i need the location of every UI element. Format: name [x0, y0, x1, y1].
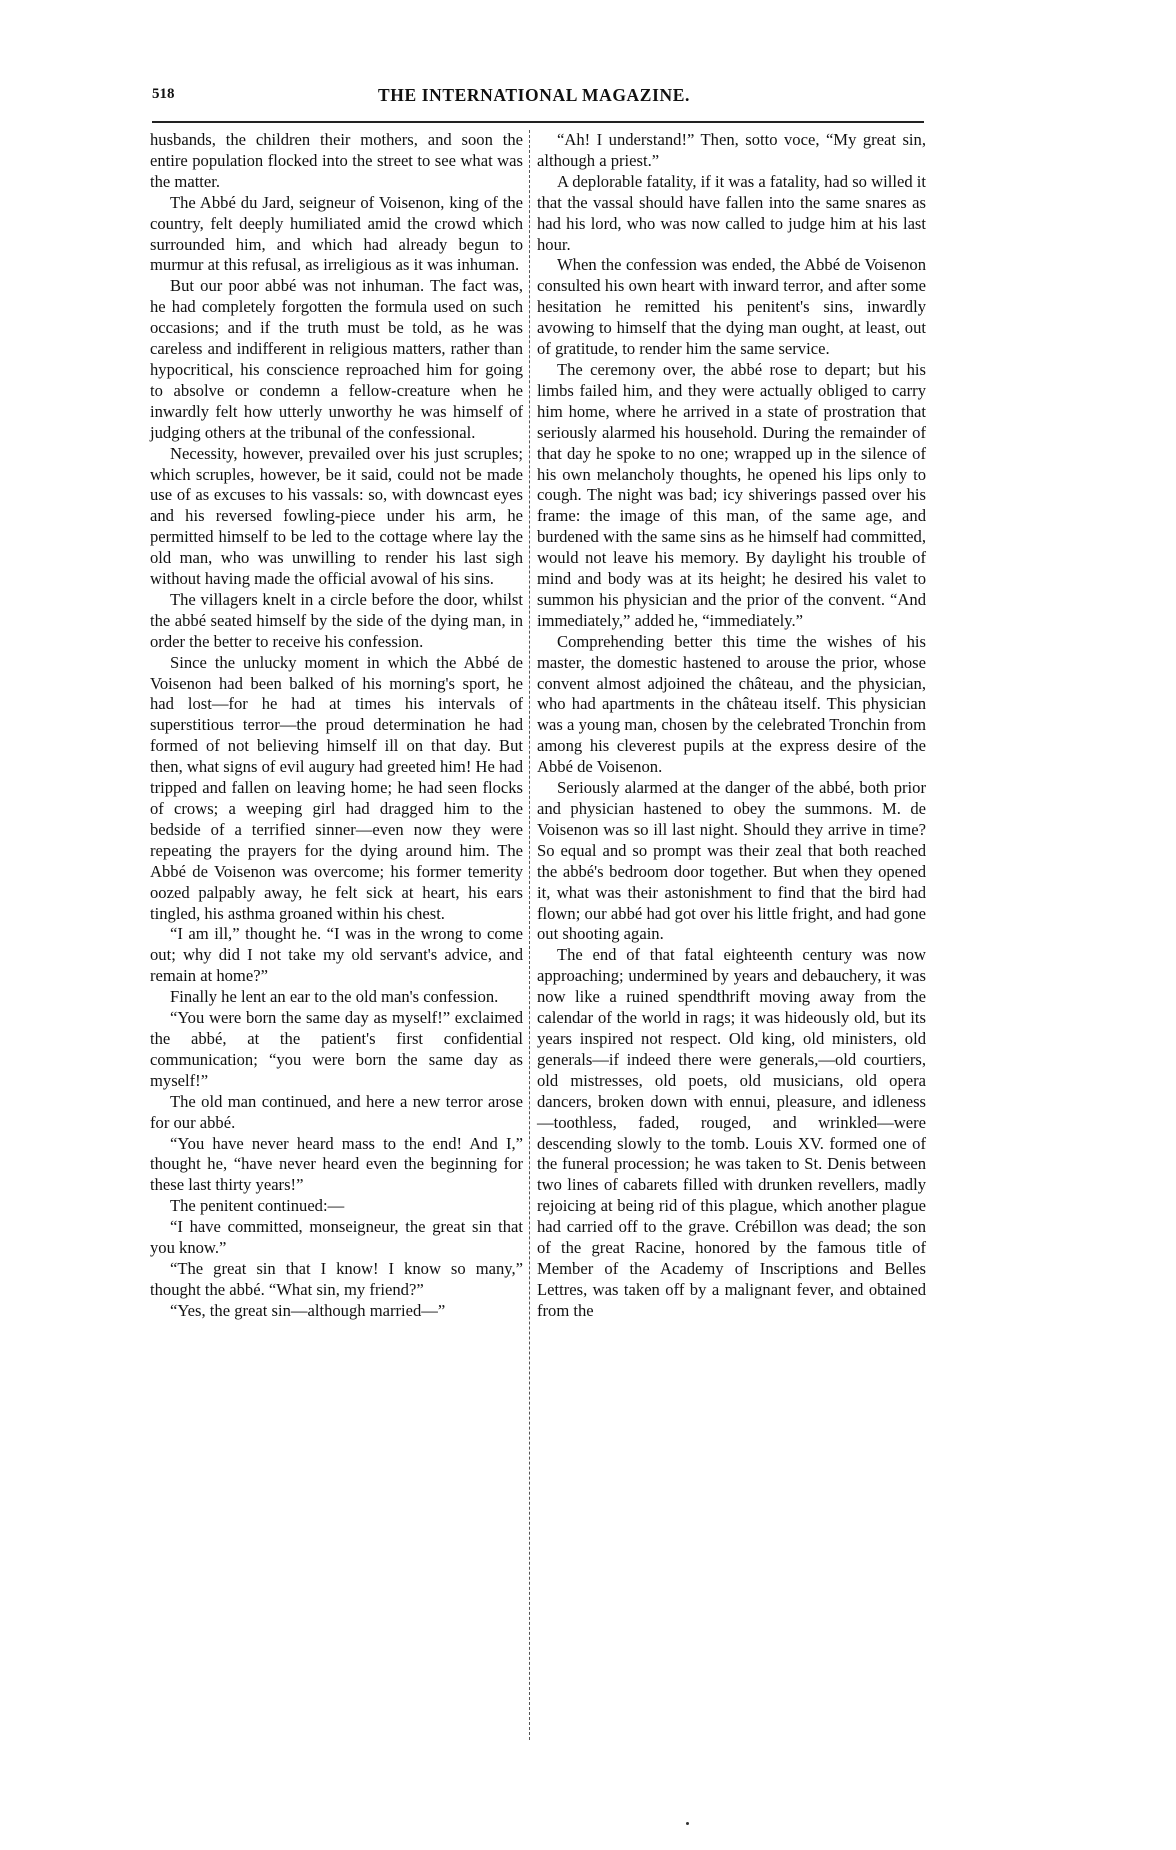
- paragraph: But our poor abbé was not inhuman. The f…: [150, 276, 523, 443]
- paragraph: husbands, the children their mothers, an…: [150, 130, 523, 193]
- paragraph: “I have committed, monseigneur, the grea…: [150, 1217, 523, 1259]
- running-title: THE INTERNATIONAL MAGAZINE.: [378, 85, 690, 106]
- paragraph: “Yes, the great sin—although married—”: [150, 1301, 523, 1322]
- header-rule: [152, 121, 924, 123]
- paragraph: “I am ill,” thought he. “I was in the wr…: [150, 924, 523, 987]
- paragraph: “You were born the same day as myself!” …: [150, 1008, 523, 1092]
- print-speck: [686, 1822, 689, 1825]
- paragraph: The Abbé du Jard, seigneur of Voisenon, …: [150, 193, 523, 277]
- paragraph: The villagers knelt in a circle before t…: [150, 590, 523, 653]
- paragraph: The ceremony over, the abbé rose to depa…: [537, 360, 926, 632]
- page-header: 518 THE INTERNATIONAL MAGAZINE.: [152, 82, 924, 112]
- right-column: “Ah! I understand!” Then, sotto voce, “M…: [537, 130, 926, 1322]
- paragraph: Since the unlucky moment in which the Ab…: [150, 653, 523, 925]
- paragraph: A deplorable fatality, if it was a fatal…: [537, 172, 926, 256]
- paragraph: Necessity, however, prevailed over his j…: [150, 444, 523, 590]
- paragraph: “You have never heard mass to the end! A…: [150, 1134, 523, 1197]
- column-divider: [529, 130, 530, 1740]
- paragraph: The penitent continued:—: [150, 1196, 523, 1217]
- paragraph: “Ah! I understand!” Then, sotto voce, “M…: [537, 130, 926, 172]
- left-column: husbands, the children their mothers, an…: [150, 130, 523, 1322]
- page-number: 518: [152, 86, 175, 103]
- paragraph: Seriously alarmed at the danger of the a…: [537, 778, 926, 945]
- paragraph: The old man continued, and here a new te…: [150, 1092, 523, 1134]
- paragraph: The end of that fatal eighteenth century…: [537, 945, 926, 1321]
- paragraph: When the confession was ended, the Abbé …: [537, 255, 926, 360]
- paragraph: “The great sin that I know! I know so ma…: [150, 1259, 523, 1301]
- paragraph: Comprehending better this time the wishe…: [537, 632, 926, 778]
- paragraph: Finally he lent an ear to the old man's …: [150, 987, 523, 1008]
